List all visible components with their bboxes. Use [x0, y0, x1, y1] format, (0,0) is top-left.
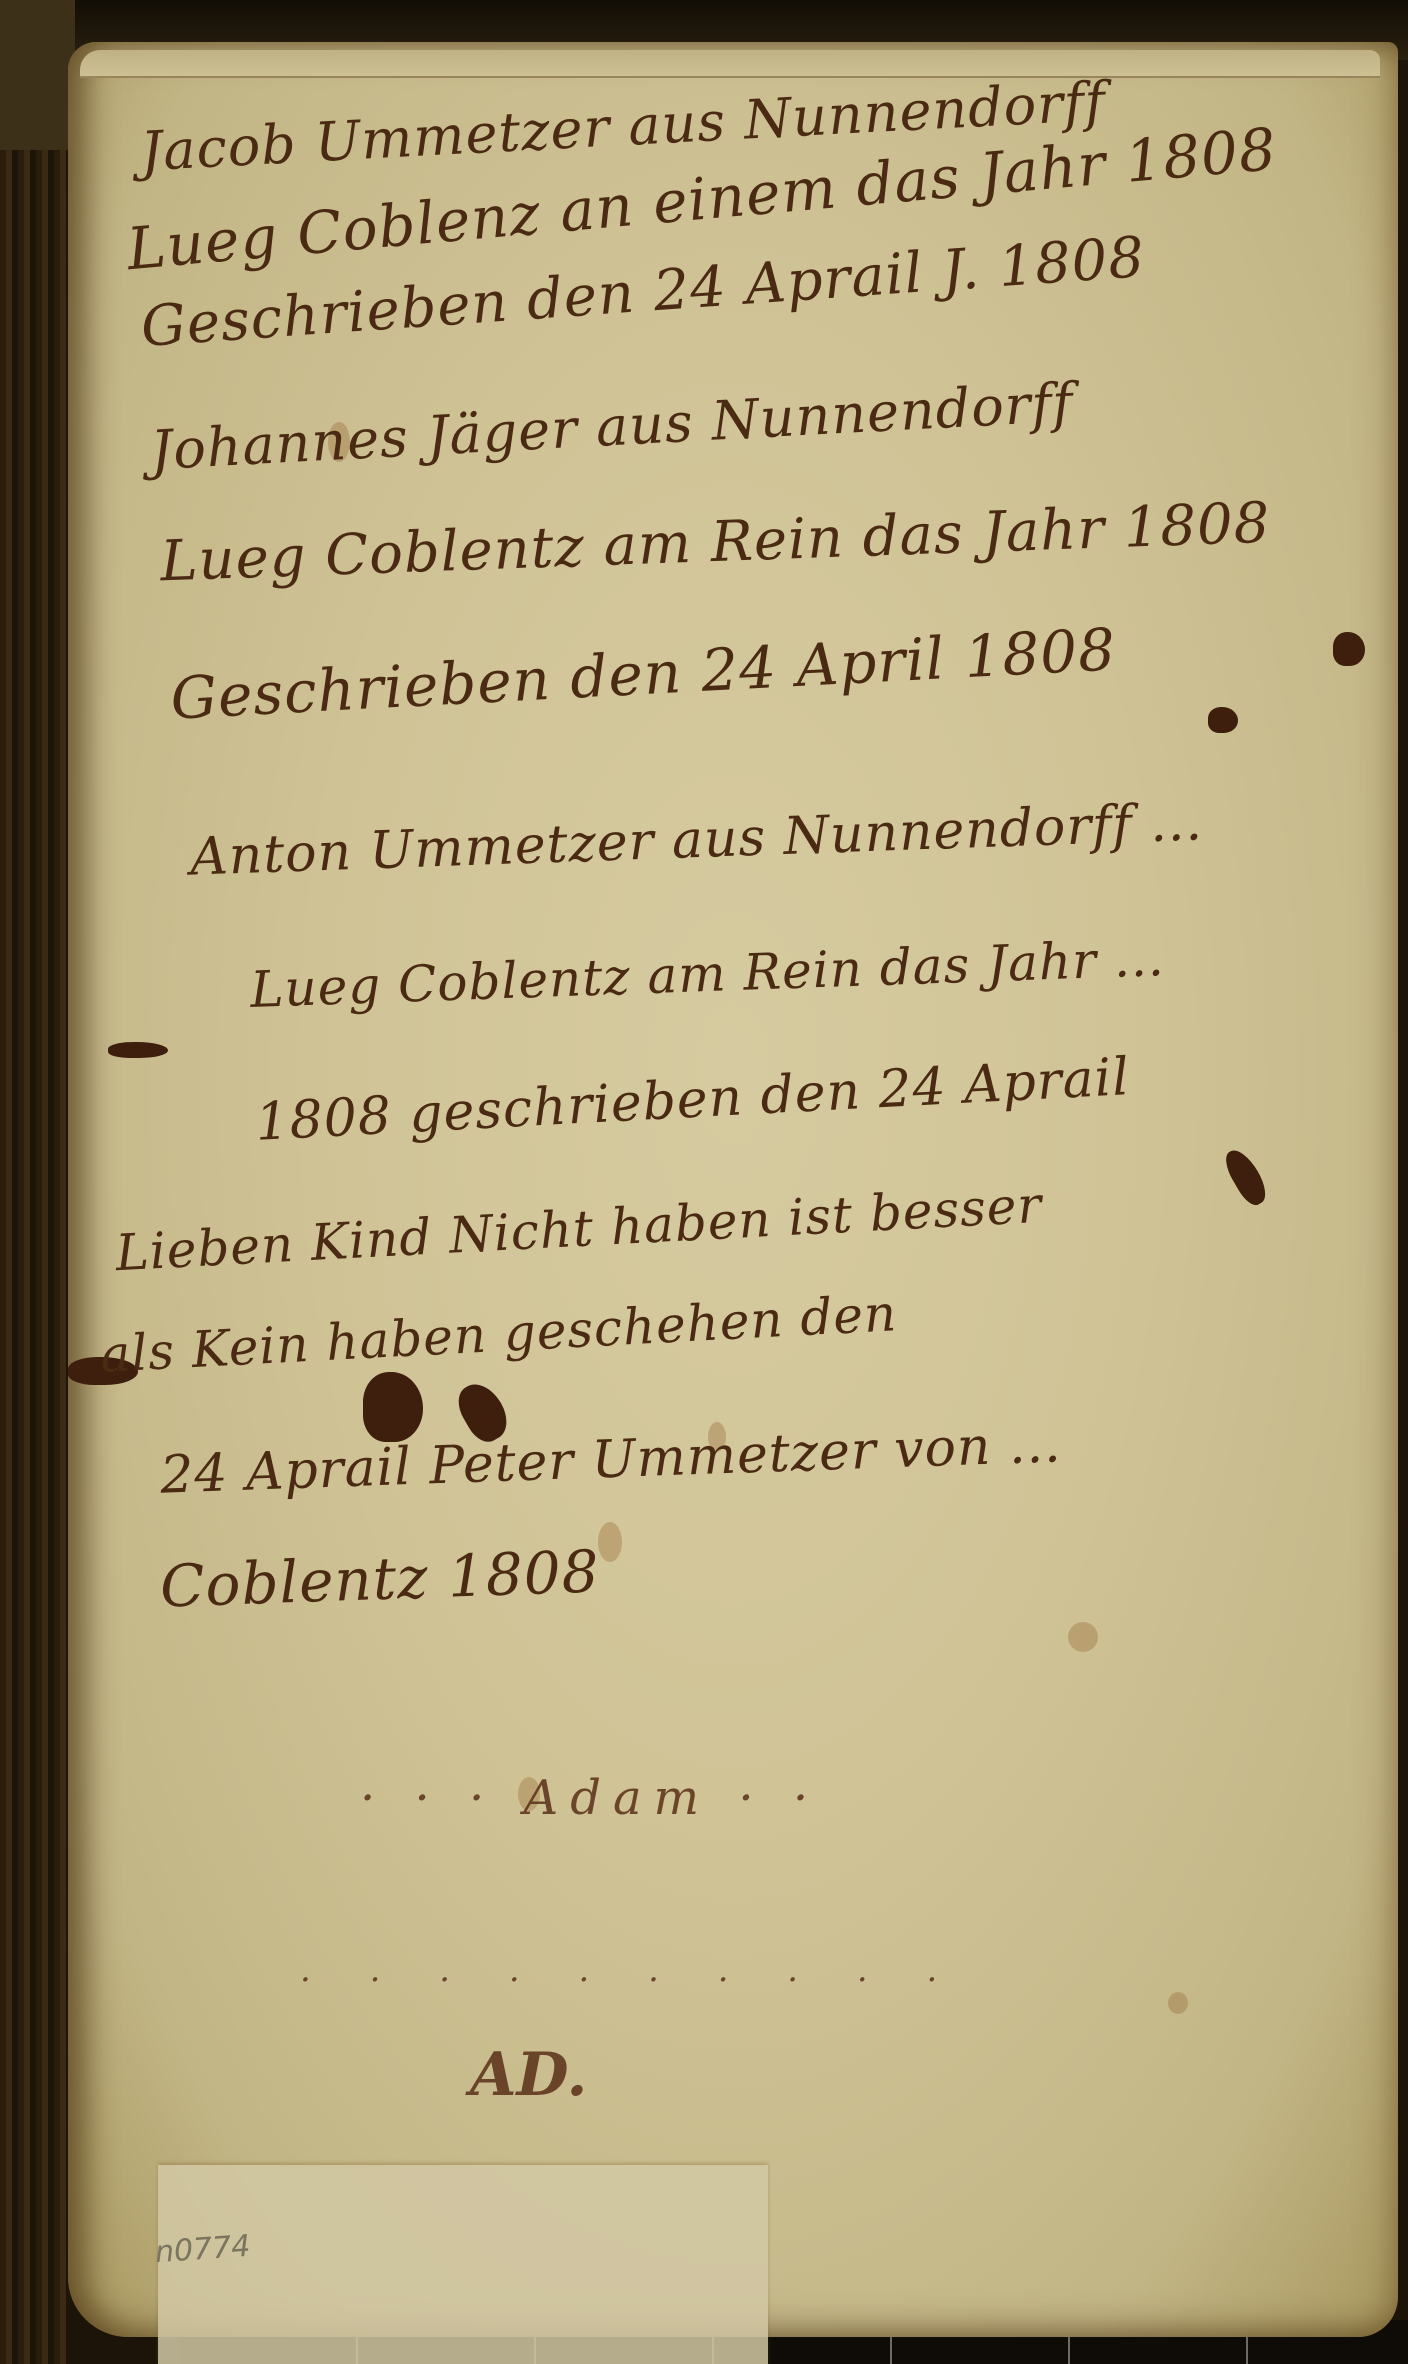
- ink-blot: [363, 1372, 423, 1442]
- book-binding-edge: [0, 150, 70, 2364]
- faded-monogram: AD.: [470, 2040, 587, 2110]
- background-corner: [0, 0, 75, 165]
- stain: [598, 1522, 622, 1562]
- faded-line-2: · · · · · · · · · ·: [300, 1960, 961, 2000]
- ink-blot: [1208, 707, 1238, 733]
- stain: [1168, 1992, 1188, 2014]
- inventory-number: n0774: [154, 2229, 252, 2271]
- page-top-edge: [80, 50, 1380, 78]
- faded-line-1: · · · Adam · ·: [360, 1770, 820, 1826]
- ink-blot: [1333, 632, 1365, 666]
- ink-blot: [1220, 1145, 1273, 1210]
- stain: [1068, 1622, 1098, 1652]
- archive-slip: [158, 2165, 768, 2364]
- ink-blot: [108, 1042, 168, 1058]
